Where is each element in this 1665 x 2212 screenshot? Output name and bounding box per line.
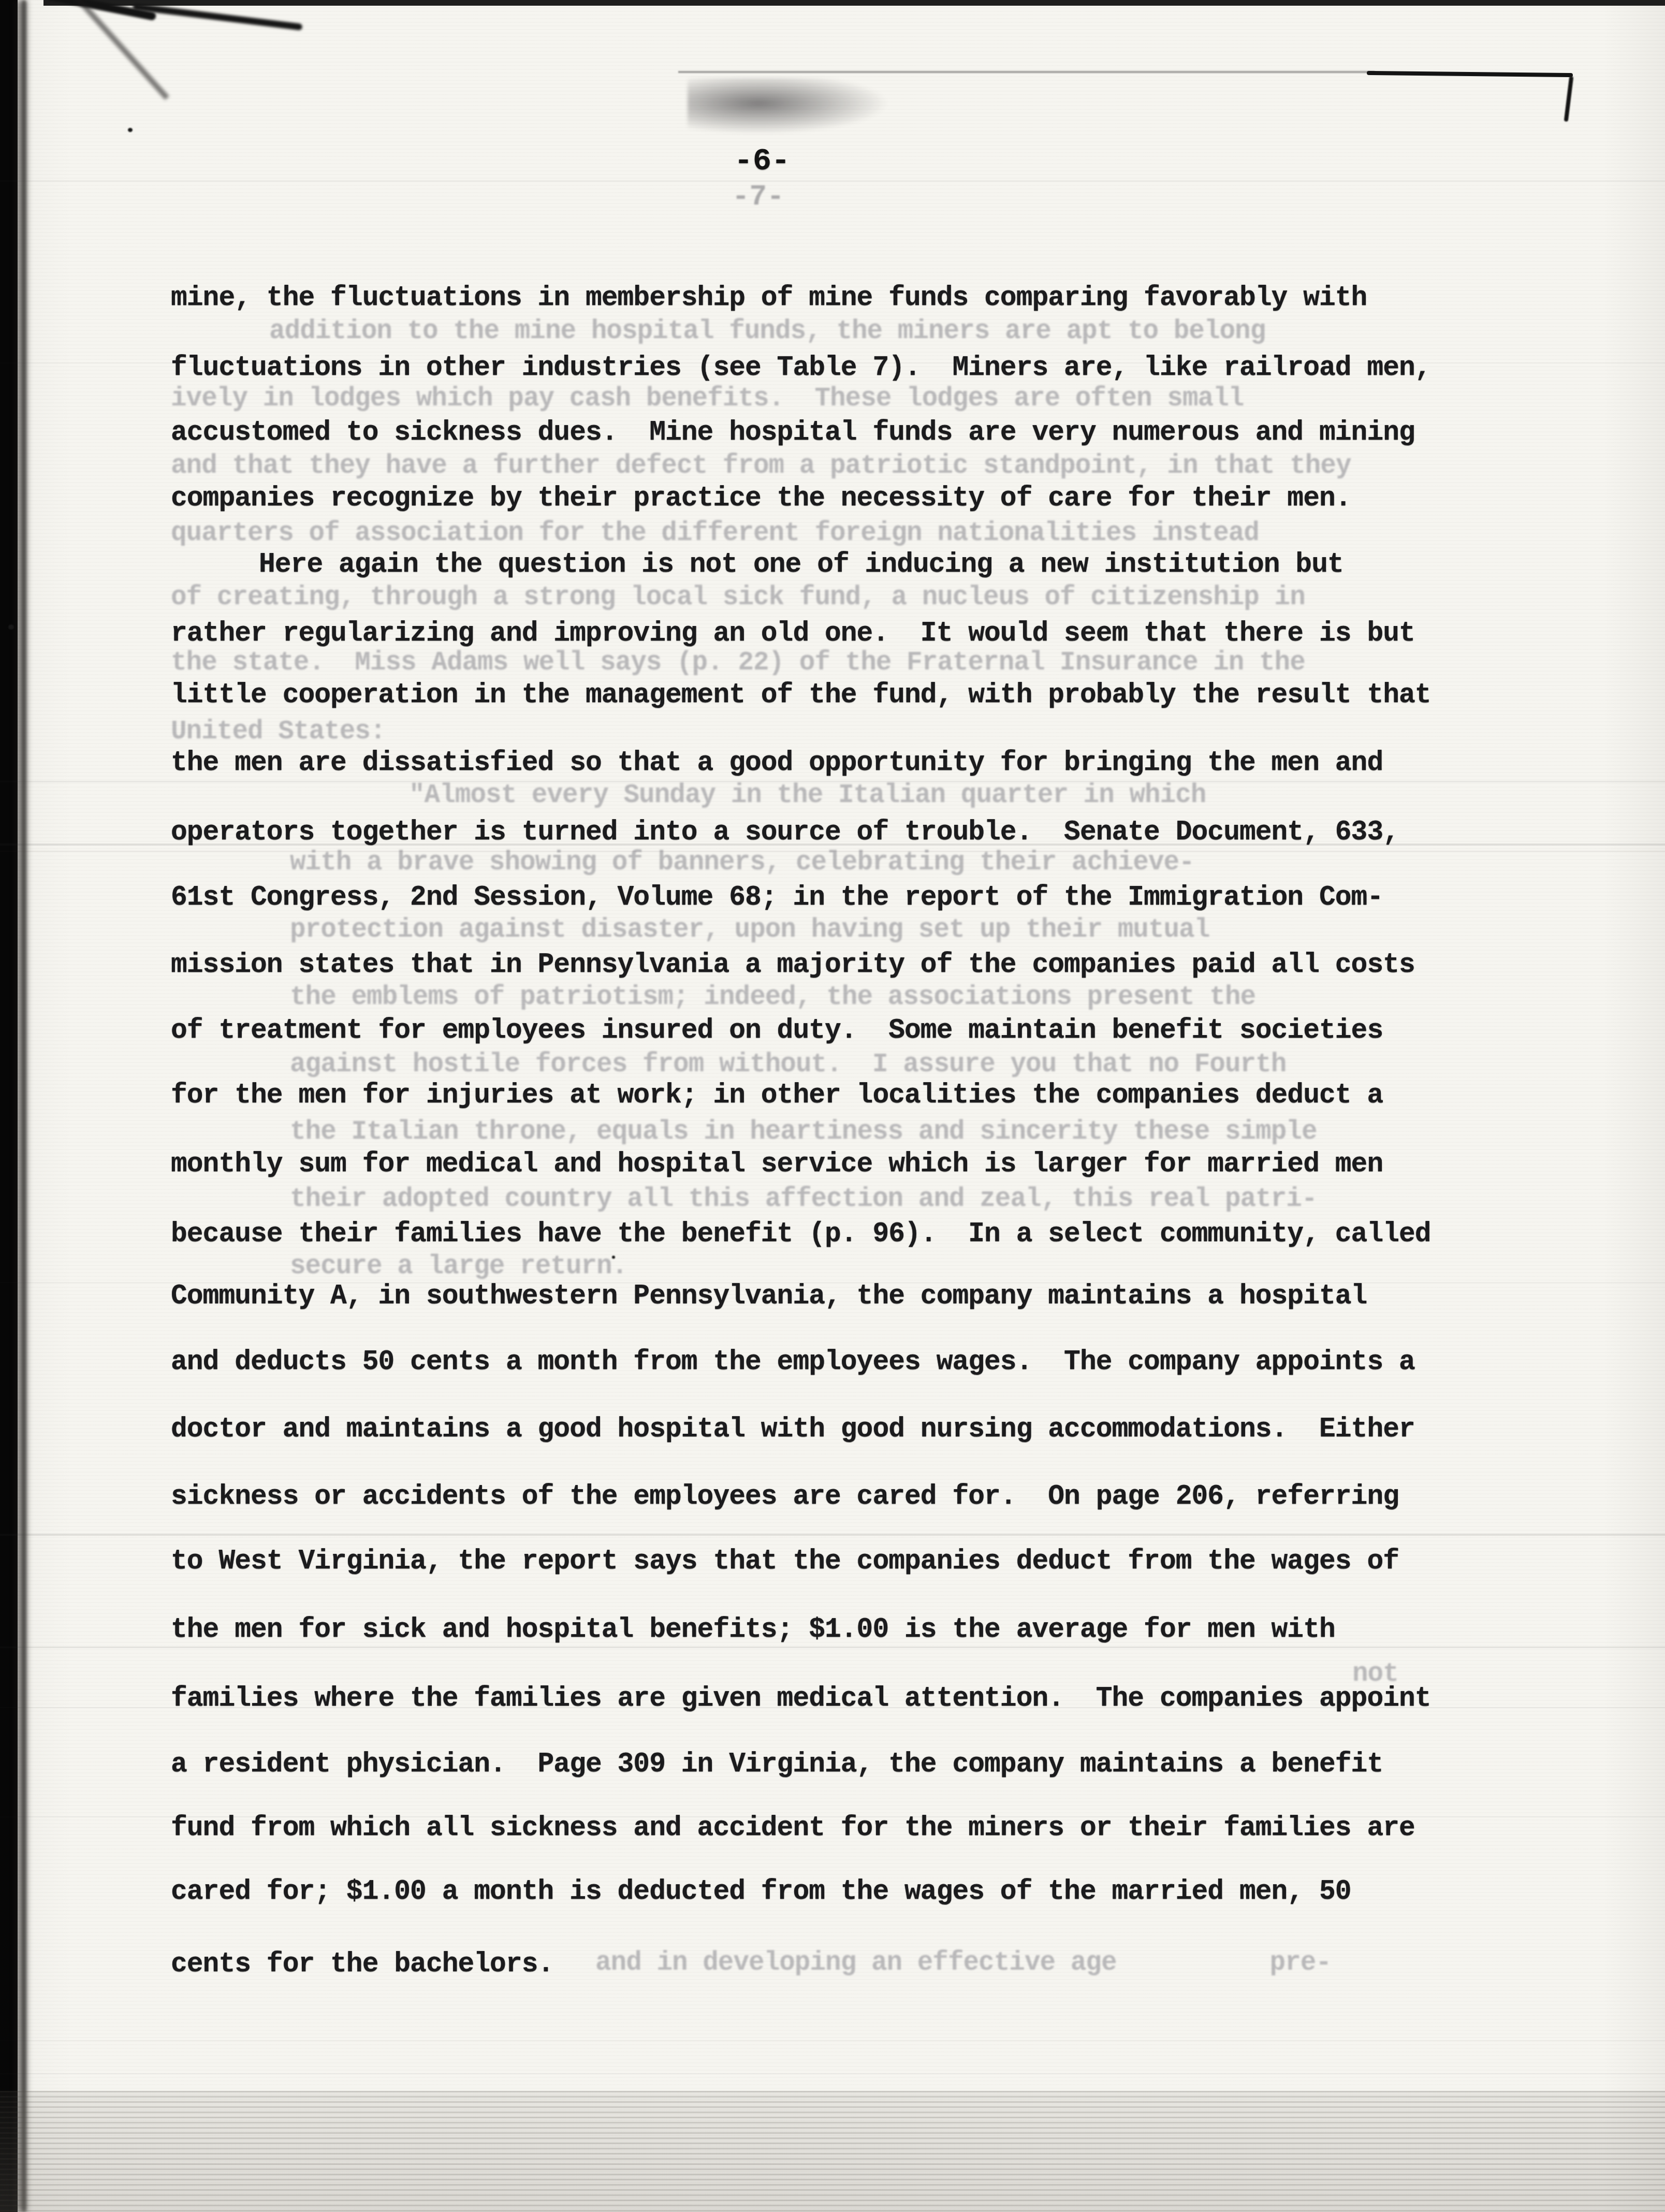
scan-bottom-streak-band [0,2091,1665,2212]
scanned-document-page: -6- -7- addition to the mine hospital fu… [0,0,1665,2212]
scan-ink-smudge [688,78,889,135]
scan-streak-line [0,1534,1665,1536]
bleed-through-line: "Almost every Sunday in the Italian quar… [409,781,1206,810]
scan-corner-fold-mark [46,0,156,21]
typewritten-line: because their families have the benefit … [171,1218,1431,1249]
typewritten-line: cared for; $1.00 a month is deducted fro… [171,1876,1351,1907]
bleed-through-line: and in developing an effective age pre- [595,1948,1331,1978]
typewritten-line: cents for the bachelors. [171,1948,553,1980]
bleed-through-line: United States: [171,717,385,747]
typewritten-line: rather regularizing and improving an old… [171,618,1415,649]
scan-streak-line [0,2073,1665,2074]
typewritten-line: operators together is turned into a sour… [171,817,1399,848]
scan-speck [8,624,14,630]
bleed-through-line: ively in lodges which pay cash benefits.… [171,384,1244,414]
scan-hairline-streak [678,71,1375,73]
bleed-through-line: quarters of association for the differen… [171,519,1259,548]
scan-left-edge-shadow [16,0,27,2212]
bleed-through-line: with a brave showing of banners, celebra… [290,848,1194,878]
scan-speck [128,128,133,132]
bleed-through-line: of creating, through a strong local sick… [171,583,1305,613]
typewritten-line: mission states that in Pennsylvania a ma… [171,949,1415,980]
scan-diagonal-crease [61,0,169,100]
bleed-through-line: against hostile forces from without. I a… [290,1050,1286,1080]
bleed-through-line: protection against disaster, upon having… [290,915,1209,945]
typewritten-line: sickness or accidents of the employees a… [171,1481,1399,1512]
typewritten-line: fluctuations in other industries (see Ta… [171,352,1431,383]
scan-streak-line [0,180,1665,182]
typewritten-line: mine, the fluctuations in membership of … [171,282,1367,313]
bleed-through-line: secure a large return. [290,1252,627,1282]
typewritten-line: of treatment for employees insured on du… [171,1015,1383,1046]
bleed-through-line: addition to the mine hospital funds, the… [269,317,1265,346]
scan-top-right-line-mark [1367,71,1573,77]
scan-top-right-line-hook [1564,76,1574,122]
typewritten-line: the men for sick and hospital benefits; … [171,1614,1335,1645]
typewritten-line: accustomed to sickness dues. Mine hospit… [171,417,1415,448]
typewritten-line: the men are dissatisfied so that a good … [171,747,1383,778]
scan-streak-line [0,2040,1665,2041]
typewritten-line: companies recognize by their practice th… [171,483,1351,514]
typewritten-line: and deducts 50 cents a month from the em… [171,1346,1415,1377]
typewritten-line: a resident physician. Page 309 in Virgin… [171,1749,1383,1780]
typewritten-line: little cooperation in the management of … [171,679,1431,710]
typewritten-line: Community A, in southwestern Pennsylvani… [171,1280,1367,1312]
bleed-through-line: the Italian throne, equals in heartiness… [290,1117,1317,1147]
bleed-through-line: and that they have a further defect from… [171,452,1351,481]
bleed-through-line: their adopted country all this affection… [290,1185,1317,1214]
scan-corner-fold-mark [132,3,302,31]
typewritten-line: to West Virginia, the report says that t… [171,1546,1399,1577]
typewritten-line: families where the families are given me… [171,1683,1431,1714]
typewritten-line: Here again the question is not one of in… [259,549,1343,580]
ghost-page-number: -7- [732,180,784,213]
scan-left-black-edge [0,0,18,2212]
scan-streak-line [0,1647,1665,1648]
bleed-through-line: the emblems of patriotism; indeed, the a… [290,983,1255,1012]
page-number: -6- [734,144,790,179]
scan-top-black-edge [43,0,1665,6]
typewritten-line: monthly sum for medical and hospital ser… [171,1148,1383,1180]
typewritten-line: doctor and maintains a good hospital wit… [171,1414,1415,1445]
bleed-through-line: the state. Miss Adams well says (p. 22) … [171,648,1305,678]
typewritten-line: for the men for injuries at work; in oth… [171,1080,1383,1111]
typewritten-line: fund from which all sickness and acciden… [171,1812,1415,1843]
typewritten-line: 61st Congress, 2nd Session, Volume 68; i… [171,882,1383,913]
scan-left-crease-line [22,0,26,2212]
